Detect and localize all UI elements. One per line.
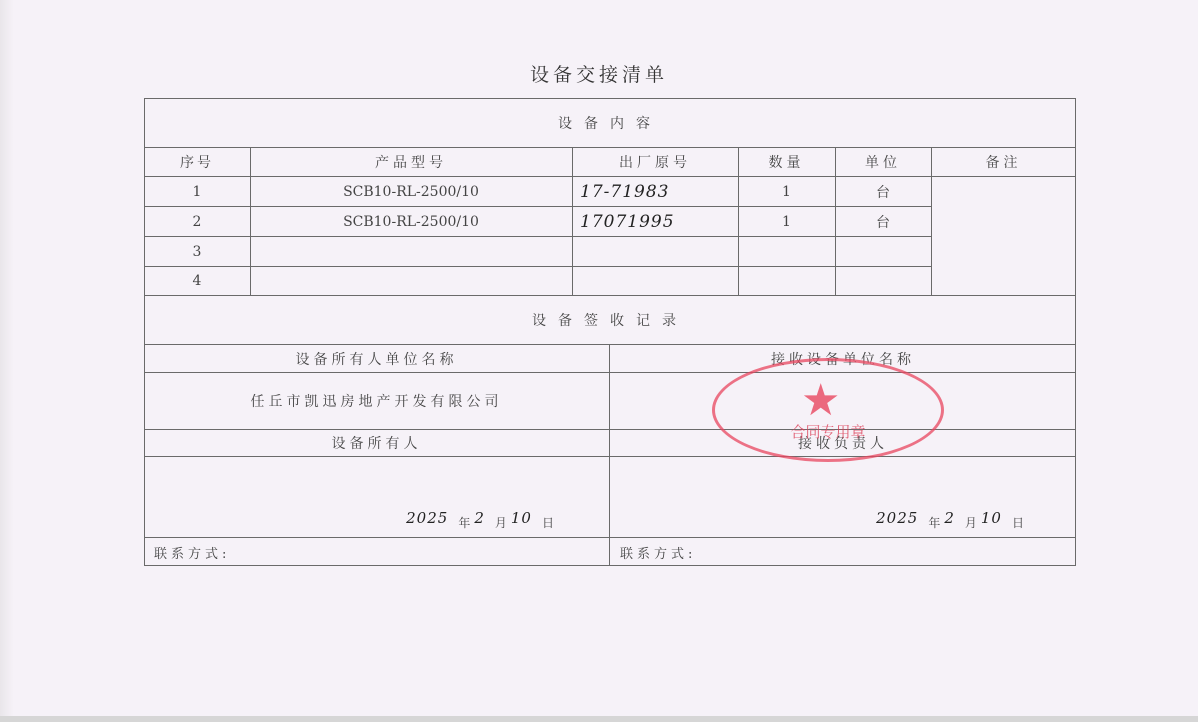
owner-unit-value: 任丘市凯迅房地产开发有限公司 (144, 373, 609, 429)
owner-date-year: 2025 (406, 509, 448, 527)
col-header-unit: 单位 (835, 148, 931, 176)
owner-date: 2025 年 2 月 10 日 (144, 457, 554, 537)
receiver-date-year: 2025 (876, 509, 918, 527)
table-cell-serial: 17-71983 (572, 177, 738, 206)
table-cell-no: 3 (144, 237, 250, 266)
col-header-serial: 出厂原号 (572, 148, 738, 176)
table-cell-unit: 台 (835, 177, 931, 206)
document-title: 设备交接清单 (0, 60, 1198, 87)
stamp-text: 合同专用章 (715, 421, 941, 442)
table-cell-no: 2 (144, 207, 250, 236)
company-seal-stamp: ★ 合同专用章 (712, 358, 944, 462)
equipment-section-heading: 设备内容 (144, 98, 1076, 148)
col-header-note: 备注 (931, 148, 1076, 176)
col-header-model: 产品型号 (250, 148, 572, 176)
owner-date-month: 2 (474, 509, 485, 527)
table-cell-qty: 1 (738, 177, 835, 206)
receiver-date-month: 2 (944, 509, 955, 527)
page-edge-bottom (0, 716, 1198, 722)
owner-date-year-label: 年 (458, 514, 470, 531)
table-cell-no: 1 (144, 177, 250, 206)
table-cell-model: SCB10-RL-2500/10 (250, 177, 572, 206)
table-cell-qty: 1 (738, 207, 835, 236)
receiver-date-day-label: 日 (1012, 514, 1024, 531)
star-icon: ★ (801, 379, 840, 423)
col-header-no: 序号 (144, 148, 250, 176)
owner-date-day: 10 (511, 509, 532, 527)
owner-date-month-label: 月 (495, 514, 507, 531)
table-cell-model: SCB10-RL-2500/10 (250, 207, 572, 236)
table-cell-no: 4 (144, 267, 250, 295)
owner-unit-label: 设备所有人单位名称 (144, 345, 609, 372)
owner-person-label: 设备所有人 (144, 430, 609, 456)
col-header-qty: 数量 (738, 148, 835, 176)
page-edge (0, 0, 14, 722)
receiver-date-day: 10 (981, 509, 1002, 527)
table-cell-unit: 台 (835, 207, 931, 236)
receiver-date: 2025 年 2 月 10 日 (610, 457, 1024, 537)
receiver-date-year-label: 年 (928, 514, 940, 531)
owner-date-day-label: 日 (542, 514, 554, 531)
receiver-date-month-label: 月 (965, 514, 977, 531)
signoff-section-heading: 设备签收记录 (144, 296, 1076, 344)
owner-contact-label: 联系方式: (144, 538, 609, 566)
receiver-contact-label: 联系方式: (610, 538, 1076, 566)
table-cell-serial: 17071995 (572, 207, 738, 236)
